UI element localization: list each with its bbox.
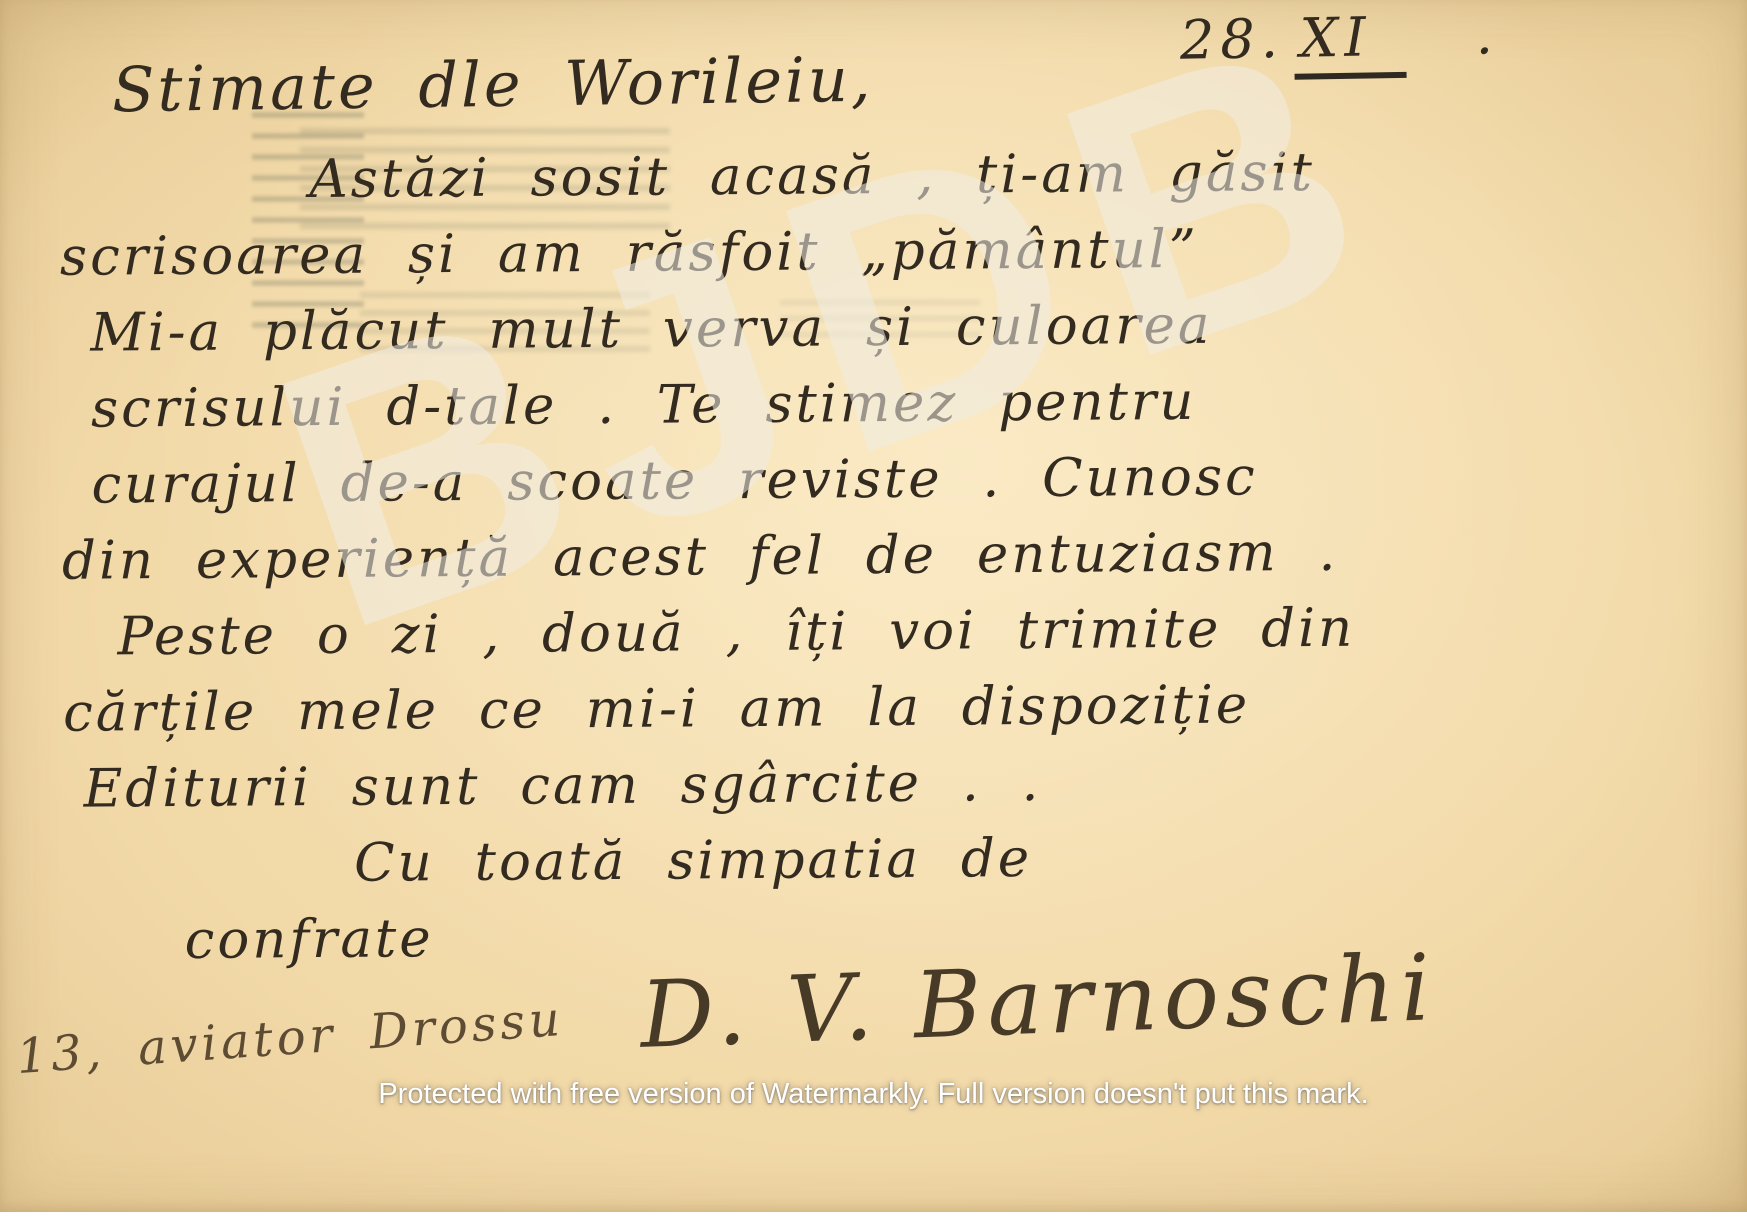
letter-line: scrisoarea și am răsfoit „pământul”	[60, 208, 1720, 296]
letter-line: Cu toată simpatia de	[354, 816, 1724, 902]
letter-line: Editurii sunt cam sgârcite . .	[83, 740, 1723, 827]
scanned-postcard-image: 28.XI. Stimate dle Worileiu, Astăzi sosi…	[0, 0, 1747, 1223]
letter-line: Mi-a plăcut mult verva și culoarea	[90, 284, 1720, 371]
date-period: .	[1475, 3, 1499, 66]
letter-body: Astăzi sosit acasă , ți-am găsitscrisoar…	[59, 132, 1725, 980]
letter-line: scrisului d-tale . Te stimez pentru	[91, 360, 1721, 447]
letter-date: 28.XI.	[1179, 3, 1499, 82]
salutation-line: Stimate dle Worileiu,	[112, 43, 874, 127]
date-day: 28.	[1179, 7, 1284, 72]
letter-line: curajul de-a scoate reviste . Cunosc	[91, 436, 1721, 523]
postcard-paper: 28.XI. Stimate dle Worileiu, Astăzi sosi…	[0, 0, 1747, 1212]
sender-address: 13, aviator Drossu	[15, 991, 566, 1085]
letter-line: din experiență acest fel de entuziasm .	[62, 512, 1722, 600]
letter-line: Astăzi sosit acasă , ți-am găsit	[309, 132, 1719, 218]
letter-line: cărțile mele ce mi-i am la dispoziție	[63, 664, 1723, 752]
date-month-underlined: XI	[1293, 5, 1406, 80]
letter-line: Peste o zi , două , îți voi trimite din	[117, 588, 1722, 675]
